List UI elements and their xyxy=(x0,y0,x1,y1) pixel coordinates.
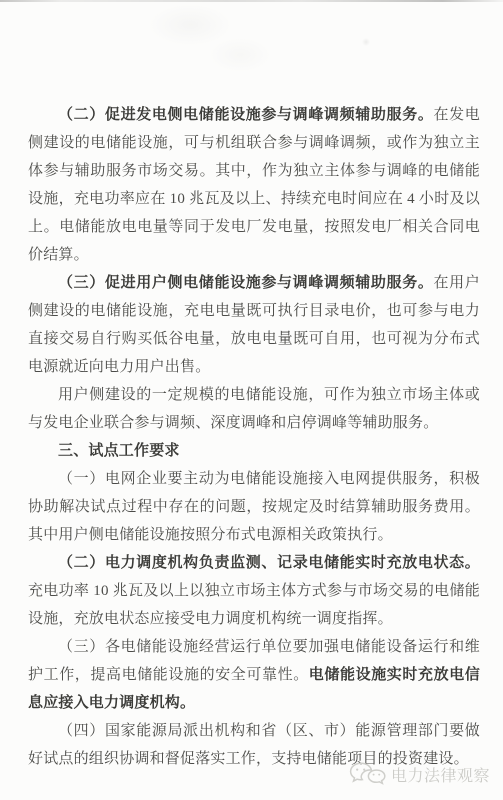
paragraph-lead-bold: （二）促进发电侧电储能设施参与调峰调频辅助服务。 xyxy=(58,107,434,123)
paragraph-item-operation-units: （三）各电储能设施经营运行单位要加强电储能设备运行和维护工作，提高电储能设施的安… xyxy=(28,633,480,717)
document-body: （二）促进发电侧电储能设施参与调峰调频辅助服务。在发电侧建设的电储能设施，可与机… xyxy=(28,101,480,773)
watermark-text: 电力法律观察 xyxy=(391,763,490,786)
scanned-document-page: （二）促进发电侧电储能设施参与调峰调频辅助服务。在发电侧建设的电储能设施，可与机… xyxy=(0,0,503,800)
paragraph-user-side-storage: （三）促进用户侧电储能设施参与调峰调频辅助服务。在用户侧建设的电储能设施，充电电… xyxy=(28,269,480,381)
paragraph-user-scale-storage: 用户侧建设的一定规模的电储能设施，可作为独立市场主体或与发电企业联合参与调频、深… xyxy=(28,381,480,437)
section-heading-pilot-requirements: 三、试点工作要求 xyxy=(28,437,480,465)
paragraph-lead-bold: （二）电力调度机构负责监测、记录电储能实时充放电状态。 xyxy=(58,555,480,571)
paragraph-item-dispatch-agency: （二）电力调度机构负责监测、记录电储能实时充放电状态。充电功率 10 兆瓦及以上… xyxy=(28,549,480,633)
paragraph-item-grid-enterprise: （一）电网企业要主动为电储能设施接入电网提供服务，积极协助解决试点过程中存在的问… xyxy=(28,465,480,549)
paragraph-lead-bold: （三）促进用户侧电储能设施参与调峰调频辅助服务。 xyxy=(58,275,434,291)
paragraph-generation-side-storage: （二）促进发电侧电储能设施参与调峰调频辅助服务。在发电侧建设的电储能设施，可与机… xyxy=(28,101,480,269)
paragraph-body-text: 用户侧建设的一定规模的电储能设施，可作为独立市场主体或与发电企业联合参与调频、深… xyxy=(28,387,480,431)
wechat-icon xyxy=(349,761,387,787)
paragraph-body-text: 在发电侧建设的电储能设施，可与机组联合参与调峰调频，或作为独立主体参与辅助服务市… xyxy=(28,107,480,263)
paragraph-body-text: 充电功率 10 兆瓦及以上以独立市场主体方式参与市场交易的电储能设施，充放电状态… xyxy=(28,583,480,627)
watermark: 电力法律观察 xyxy=(349,761,490,787)
scan-edge-artifact xyxy=(0,0,503,2)
paragraph-body-text: （一）电网企业要主动为电储能设施接入电网提供服务，积极协助解决试点过程中存在的问… xyxy=(28,471,480,543)
